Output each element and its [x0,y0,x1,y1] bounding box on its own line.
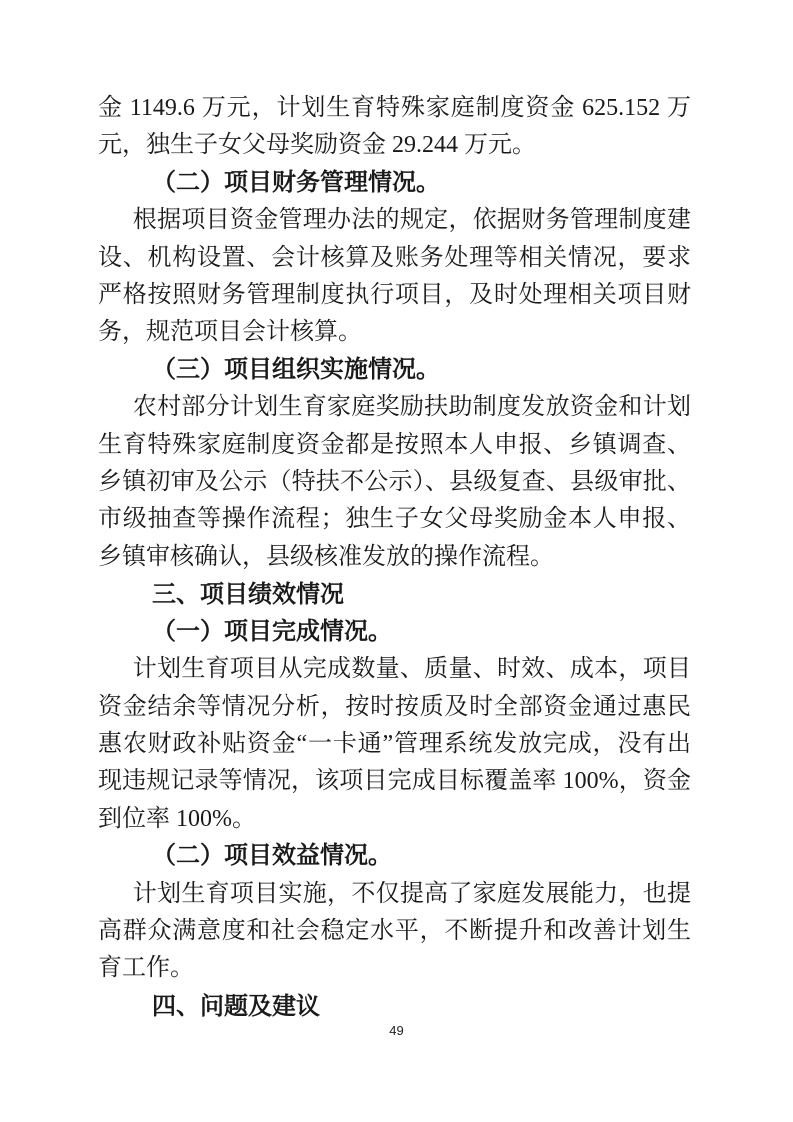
document-page: 金 1149.6 万元，计划生育特殊家庭制度资金 625.152 万元，独生子女… [0,0,793,1122]
paragraph-funds-continuation: 金 1149.6 万元，计划生育特殊家庭制度资金 625.152 万元，独生子女… [98,90,691,165]
sub-heading-organization-implementation: （三）项目组织实施情况。 [98,352,691,389]
page-content: 金 1149.6 万元，计划生育特殊家庭制度资金 625.152 万元，独生子女… [98,90,691,1025]
paragraph-organization-implementation: 农村部分计划生育家庭奖励扶助制度发放资金和计划生育特殊家庭制度资金都是按照本人申… [98,389,691,576]
sub-heading-financial-management: （二）项目财务管理情况。 [98,165,691,202]
sub-heading-benefit: （二）项目效益情况。 [98,838,691,875]
paragraph-financial-management: 根据项目资金管理办法的规定，依据财务管理制度建设、机构设置、会计核算及账务处理等… [98,202,691,352]
section-heading-problems-suggestions: 四、问题及建议 [98,988,691,1025]
paragraph-benefit: 计划生育项目实施，不仅提高了家庭发展能力，也提高群众满意度和社会稳定水平，不断提… [98,876,691,988]
page-number: 49 [0,1023,793,1038]
paragraph-completion: 计划生育项目从完成数量、质量、时效、成本，项目资金结余等情况分析，按时按质及时全… [98,651,691,838]
sub-heading-completion: （一）项目完成情况。 [98,614,691,651]
section-heading-performance: 三、项目绩效情况 [98,576,691,613]
